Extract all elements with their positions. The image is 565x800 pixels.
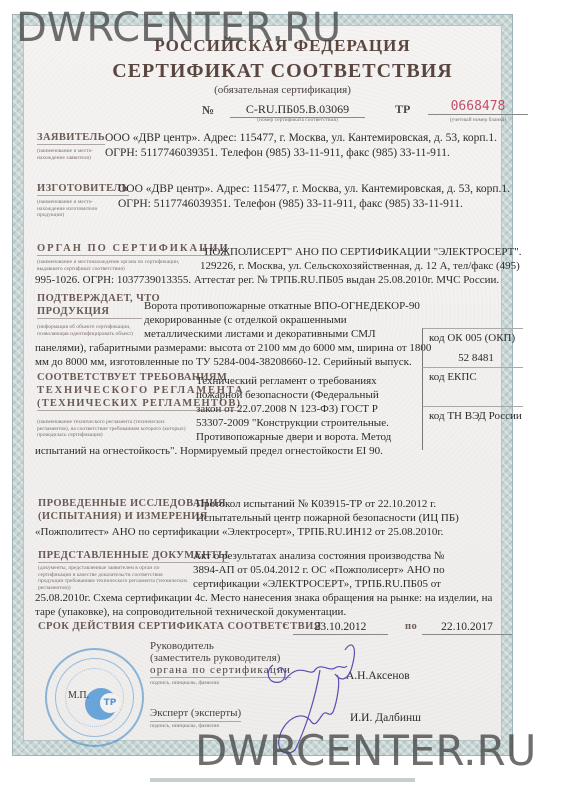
validity-label: СРОК ДЕЙСТВИЯ СЕРТИФИКАТА СООТВЕТСТВИЯ (38, 621, 322, 632)
product-line-2: декорированные (с отделкой окрашенными (144, 313, 347, 327)
product-caption: (информация об объекте сертификации, поз… (37, 324, 147, 337)
manufacturer-line-2: ОГРН: 5117746039351. Телефон (985) 33-11… (118, 197, 463, 211)
manufacturer-caption: (наименование и место-нахождение изготов… (37, 199, 107, 219)
certificate-number: C-RU.ПБ05.В.03069 (230, 102, 365, 118)
certificate-title: СЕРТИФИКАТ СООТВЕТСТВИЯ (0, 60, 565, 83)
product-line-3: металлическими листами и декоративными С… (144, 327, 376, 341)
cert-body-caption: (наименование и местонахождение органа п… (37, 259, 197, 272)
cert-body-line-2: 129226, г. Москва, ул. Сельскохозяйствен… (200, 259, 520, 273)
validity-to-prefix: по (405, 621, 417, 632)
regulation-line-1: Технический регламент о требованиях (196, 374, 377, 388)
ekps-code-label: код ЕКПС (429, 371, 523, 383)
form-number-caption: (учетный номер бланка) (428, 117, 528, 124)
validity-from-prefix: с (283, 621, 288, 632)
tests-line-3: «Пожполитест» АНО по сертификации «Элект… (35, 525, 443, 539)
documents-line-1: Акт о результатах анализа состояния прои… (193, 549, 444, 563)
tnved-code-label: код ТН ВЭД России (429, 410, 523, 422)
watermark-bottom: DWRCENTER.RU (195, 730, 536, 772)
tp-label: ТР (395, 102, 410, 117)
product-label-1: ПОДТВЕРЖДАЕТ, ЧТО (37, 293, 160, 304)
manufacturer-line-1: ООО «ДВР центр». Адрес: 115477, г. Москв… (118, 182, 510, 196)
form-number: 0668478 (428, 99, 528, 115)
regulation-caption: (наименование технического регламента (т… (37, 419, 187, 439)
head-caption: подпись, инициалы, фамилия (150, 680, 219, 687)
product-label-2: ПРОДУКЦИЯ (37, 306, 142, 319)
footer-microtext (150, 778, 415, 782)
certificate-subtitle: (обязательная сертификация) (0, 84, 565, 96)
regulation-line-4: 53307-2009 "Конструкции строительные. (196, 416, 389, 430)
documents-line-2: 3894-АП от 05.04.2012 г. ОС «Пожполисерт… (193, 563, 445, 577)
okp-code-value: 52 8481 (429, 352, 523, 364)
tests-line-1: Протокол испытаний № К03915-ТР от 22.10.… (196, 497, 436, 511)
product-line-1: Ворота противопожарные откатные ВПО-ОГНЕ… (144, 299, 420, 313)
validity-from-date: 23.10.2012 (293, 620, 388, 635)
expert-label: Эксперт (эксперты) (150, 706, 241, 722)
cert-body-line-3: 995-1026. ОГРН: 1037739013355. Аттестат … (35, 273, 499, 287)
ekps-code-box: код ЕКПС (422, 367, 523, 409)
validity-to-date: 22.10.2017 (422, 620, 512, 635)
applicant-caption: (наименование и место-нахождение заявите… (37, 148, 105, 161)
regulation-line-2: пожарной безопасности (Федеральный (196, 388, 379, 402)
documents-caption: (документы, представленные заявителем в … (38, 565, 188, 591)
documents-line-5: таре (упаковке), на сопроводительной тех… (35, 605, 346, 619)
head-label-1: Руководитель (150, 640, 214, 652)
applicant-line-1: ООО «ДВР центр». Адрес: 115477, г. Москв… (105, 131, 497, 145)
product-line-5: мм до 8000 мм, изготовленные по ТУ 5284-… (35, 355, 412, 369)
regulation-line-6: испытаний на огнестойкость". Нормируемый… (35, 444, 383, 458)
certificate-number-caption: (номер сертификата соответствия) (230, 117, 365, 124)
watermark-top: DWRCENTER.RU (16, 8, 341, 48)
okp-code-label: код ОК 005 (ОКП) (429, 332, 523, 344)
tnved-code-box: код ТН ВЭД России (422, 406, 523, 450)
tests-line-2: Испытательный центр пожарной безопасност… (196, 511, 459, 525)
stamp-logo-text: ТР (100, 693, 120, 713)
tests-label-2: (ИСПЫТАНИЯ) И ИЗМЕРЕНИЯ (38, 511, 208, 522)
applicant-line-2: ОГРН: 5117746039351. Телефон (985) 33-11… (105, 146, 450, 160)
regulation-line-5: Противопожарные двери и ворота. Метод (196, 430, 391, 444)
cert-body-line-1: "ПОЖПОЛИСЕРТ" АНО ПО СЕРТИФИКАЦИИ "ЭЛЕКТ… (200, 245, 522, 259)
product-line-4: панелями), габаритными размерами: высота… (35, 341, 431, 355)
applicant-label: ЗАЯВИТЕЛЬ (37, 132, 105, 145)
stamp-mp-label: М.П. (68, 690, 89, 701)
manufacturer-label: ИЗГОТОВИТЕЛЬ (37, 183, 129, 196)
documents-line-4: 25.08.2010г. Схема сертификации 4с. Мест… (35, 591, 492, 605)
regulation-line-3: закон от 22.07.2008 N 123-ФЗ) ГОСТ Р (196, 402, 378, 416)
documents-line-3: сертификации «ЭЛЕКТРОСЕРТ», ТРПБ.RU.ПБ05… (193, 577, 441, 591)
number-sign: № (202, 103, 214, 118)
